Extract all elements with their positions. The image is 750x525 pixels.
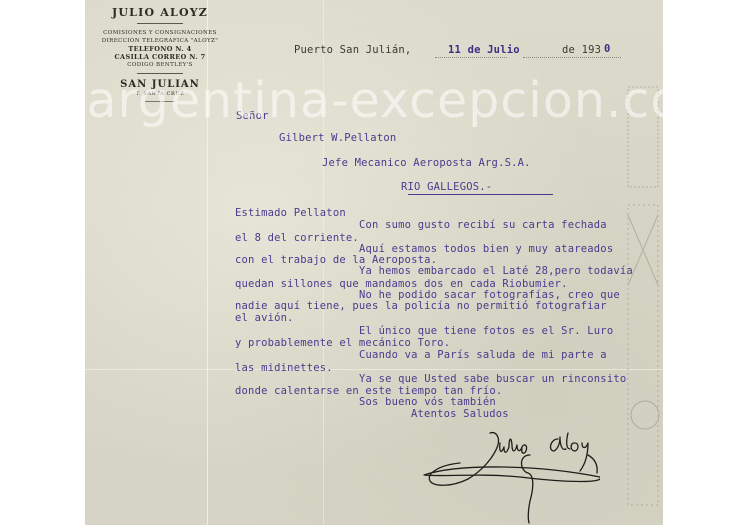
recipient-position: Jefe Mecanico Aeroposta Arg.S.A. — [322, 157, 531, 169]
closing: Atentos Saludos — [411, 408, 509, 420]
letterhead-divider-2 — [137, 73, 183, 74]
letterhead-po-box: CASILLA CORREO N. 7 — [85, 53, 235, 61]
body-line: Sos bueno vós también — [359, 396, 496, 408]
greeting: Estimado Pellaton — [235, 207, 346, 219]
body-line: Ya se que Usted sabe buscar un rinconsit… — [359, 373, 626, 385]
dateline-year-prefix: de 193 — [562, 44, 601, 56]
recipient-city-underline — [408, 194, 553, 195]
body-line: el 8 del corriente. — [235, 232, 359, 244]
letterhead-province: T. SANTA CRUZ — [85, 91, 235, 97]
body-line: Ya hemos embarcado el Laté 28,pero todav… — [359, 265, 633, 277]
body-line: el avión. — [235, 312, 294, 324]
letterhead-city: SAN JULIAN — [85, 79, 235, 90]
body-line: El único que tiene fotos es el Sr. Luro — [359, 325, 613, 337]
letterhead-line-2: DIRECCION TELEGRAFICA "ALOYZ" — [85, 37, 235, 45]
letterhead-code: CODIGO BENTLEY'S — [85, 61, 235, 69]
dateline-dotted-rule-2 — [523, 57, 621, 58]
recipient-name: Gilbert W.Pellaton — [279, 132, 396, 144]
body-line: las midinettes. — [235, 362, 333, 374]
letterhead: JULIO ALOYZ COMISIONES Y CONSIGNACIONES … — [85, 4, 235, 102]
faded-stamp-icon — [625, 85, 663, 525]
letterhead-line-1: COMISIONES Y CONSIGNACIONES — [85, 29, 235, 37]
recipient-title: Señor — [236, 110, 269, 122]
letterhead-divider — [137, 23, 183, 24]
handwritten-signature-icon: Julio Aloyz — [400, 425, 600, 525]
fold-crease-horizontal — [85, 369, 663, 370]
dateline-place: Puerto San Julián, — [294, 44, 411, 56]
letterhead-ornament — [145, 101, 175, 102]
recipient-city: RIO GALLEGOS.- — [401, 181, 492, 193]
dateline-year-suffix: 0 — [604, 43, 611, 55]
body-line: nadie aquí tiene, pues la policía no per… — [235, 300, 607, 312]
dateline-day-month: 11 de Julio — [448, 44, 520, 56]
letter-image: JULIO ALOYZ COMISIONES Y CONSIGNACIONES … — [0, 0, 750, 525]
letterhead-phone: TELEFONO N. 4 — [85, 45, 235, 53]
letterhead-company-name: JULIO ALOYZ — [85, 6, 235, 19]
body-line: y probablemente el mecánico Toro. — [235, 337, 450, 349]
dateline-dotted-rule — [435, 57, 507, 58]
body-line: Con sumo gusto recibí su carta fechada — [359, 219, 607, 231]
body-line: Cuando va a París saluda de mi parte a — [359, 349, 607, 361]
